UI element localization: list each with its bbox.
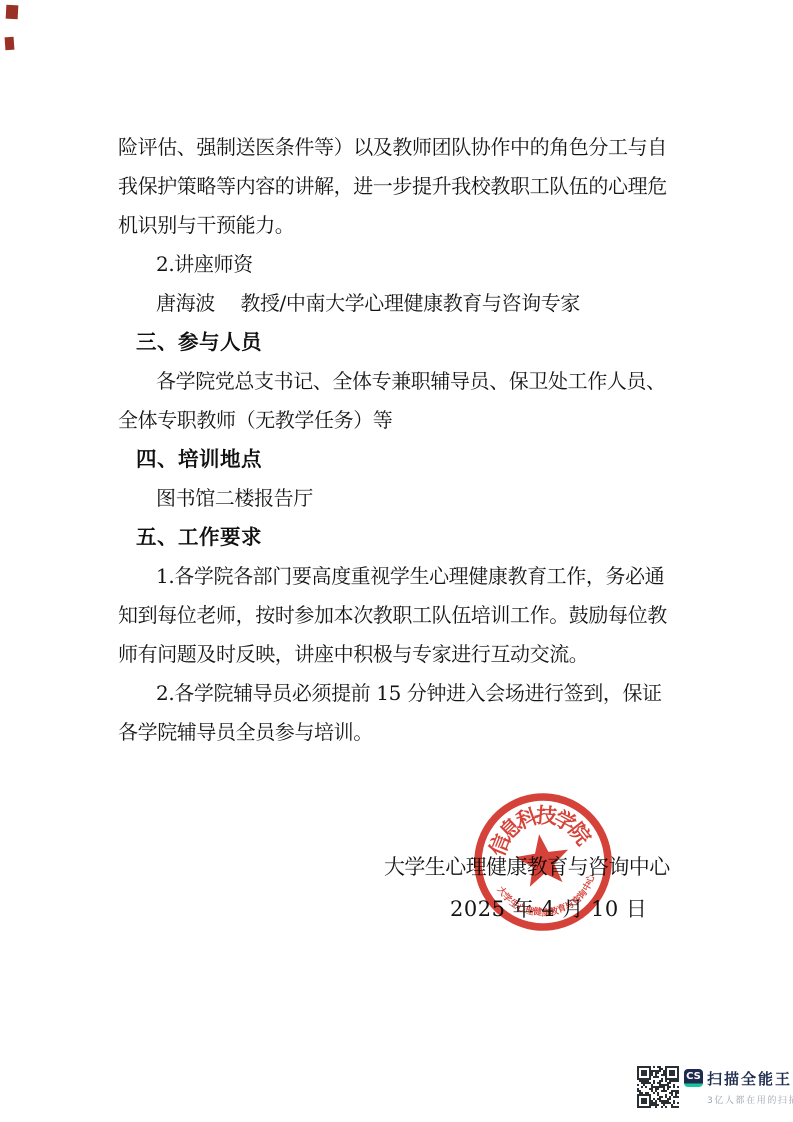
- red-ink-mark: [5, 37, 15, 51]
- official-seal: 信息科技学院大学生心理健康教育与咨询中心: [461, 780, 626, 945]
- doc-line: 1.各学院各部门要高度重视学生心理健康教育工作，务必通: [118, 557, 674, 596]
- doc-line: 2.各学院辅导员必须提前 15 分钟进入会场进行签到，保证: [118, 674, 674, 713]
- doc-line: 全体专职教师（无教学任务）等: [118, 401, 674, 440]
- doc-line: 险评估、强制送医条件等）以及教师团队协作中的角色分工与自: [118, 128, 674, 167]
- camscanner-app-name: 扫描全能王: [707, 1068, 792, 1089]
- doc-line: 机识别与干预能力。: [118, 206, 674, 245]
- red-ink-mark: [6, 5, 19, 20]
- section-heading: 三、参与人员: [118, 323, 674, 362]
- doc-line: 各学院辅导员全员参与培训。: [118, 713, 674, 752]
- camscanner-logo-icon: CS: [684, 1069, 703, 1087]
- doc-line: 知到每位老师，按时参加本次教职工队伍培训工作。鼓励每位教: [118, 596, 674, 635]
- doc-line: 图书馆二楼报告厅: [118, 479, 674, 518]
- doc-line: 我保护策略等内容的讲解，进一步提升我校教职工队伍的心理危: [118, 167, 674, 206]
- section-heading: 四、培训地点: [118, 440, 674, 479]
- camscanner-tagline: 3亿人都在用的扫描App: [707, 1093, 793, 1106]
- seal-star-icon: [513, 831, 573, 889]
- qr-code: [637, 1066, 679, 1108]
- scanned-document-page: 险评估、强制送医条件等）以及教师团队协作中的角色分工与自我保护策略等内容的讲解，…: [0, 0, 793, 1122]
- doc-line: 各学院党总支书记、全体专兼职辅导员、保卫处工作人员、: [118, 362, 674, 401]
- doc-line: 师有问题及时反映，讲座中积极与专家进行互动交流。: [118, 635, 674, 674]
- section-heading: 五、工作要求: [118, 518, 674, 557]
- doc-line: 2.讲座师资: [118, 245, 674, 284]
- document-body: 险评估、强制送医条件等）以及教师团队协作中的角色分工与自我保护策略等内容的讲解，…: [118, 128, 674, 752]
- doc-line: 唐海波 教授/中南大学心理健康教育与咨询专家: [118, 284, 674, 323]
